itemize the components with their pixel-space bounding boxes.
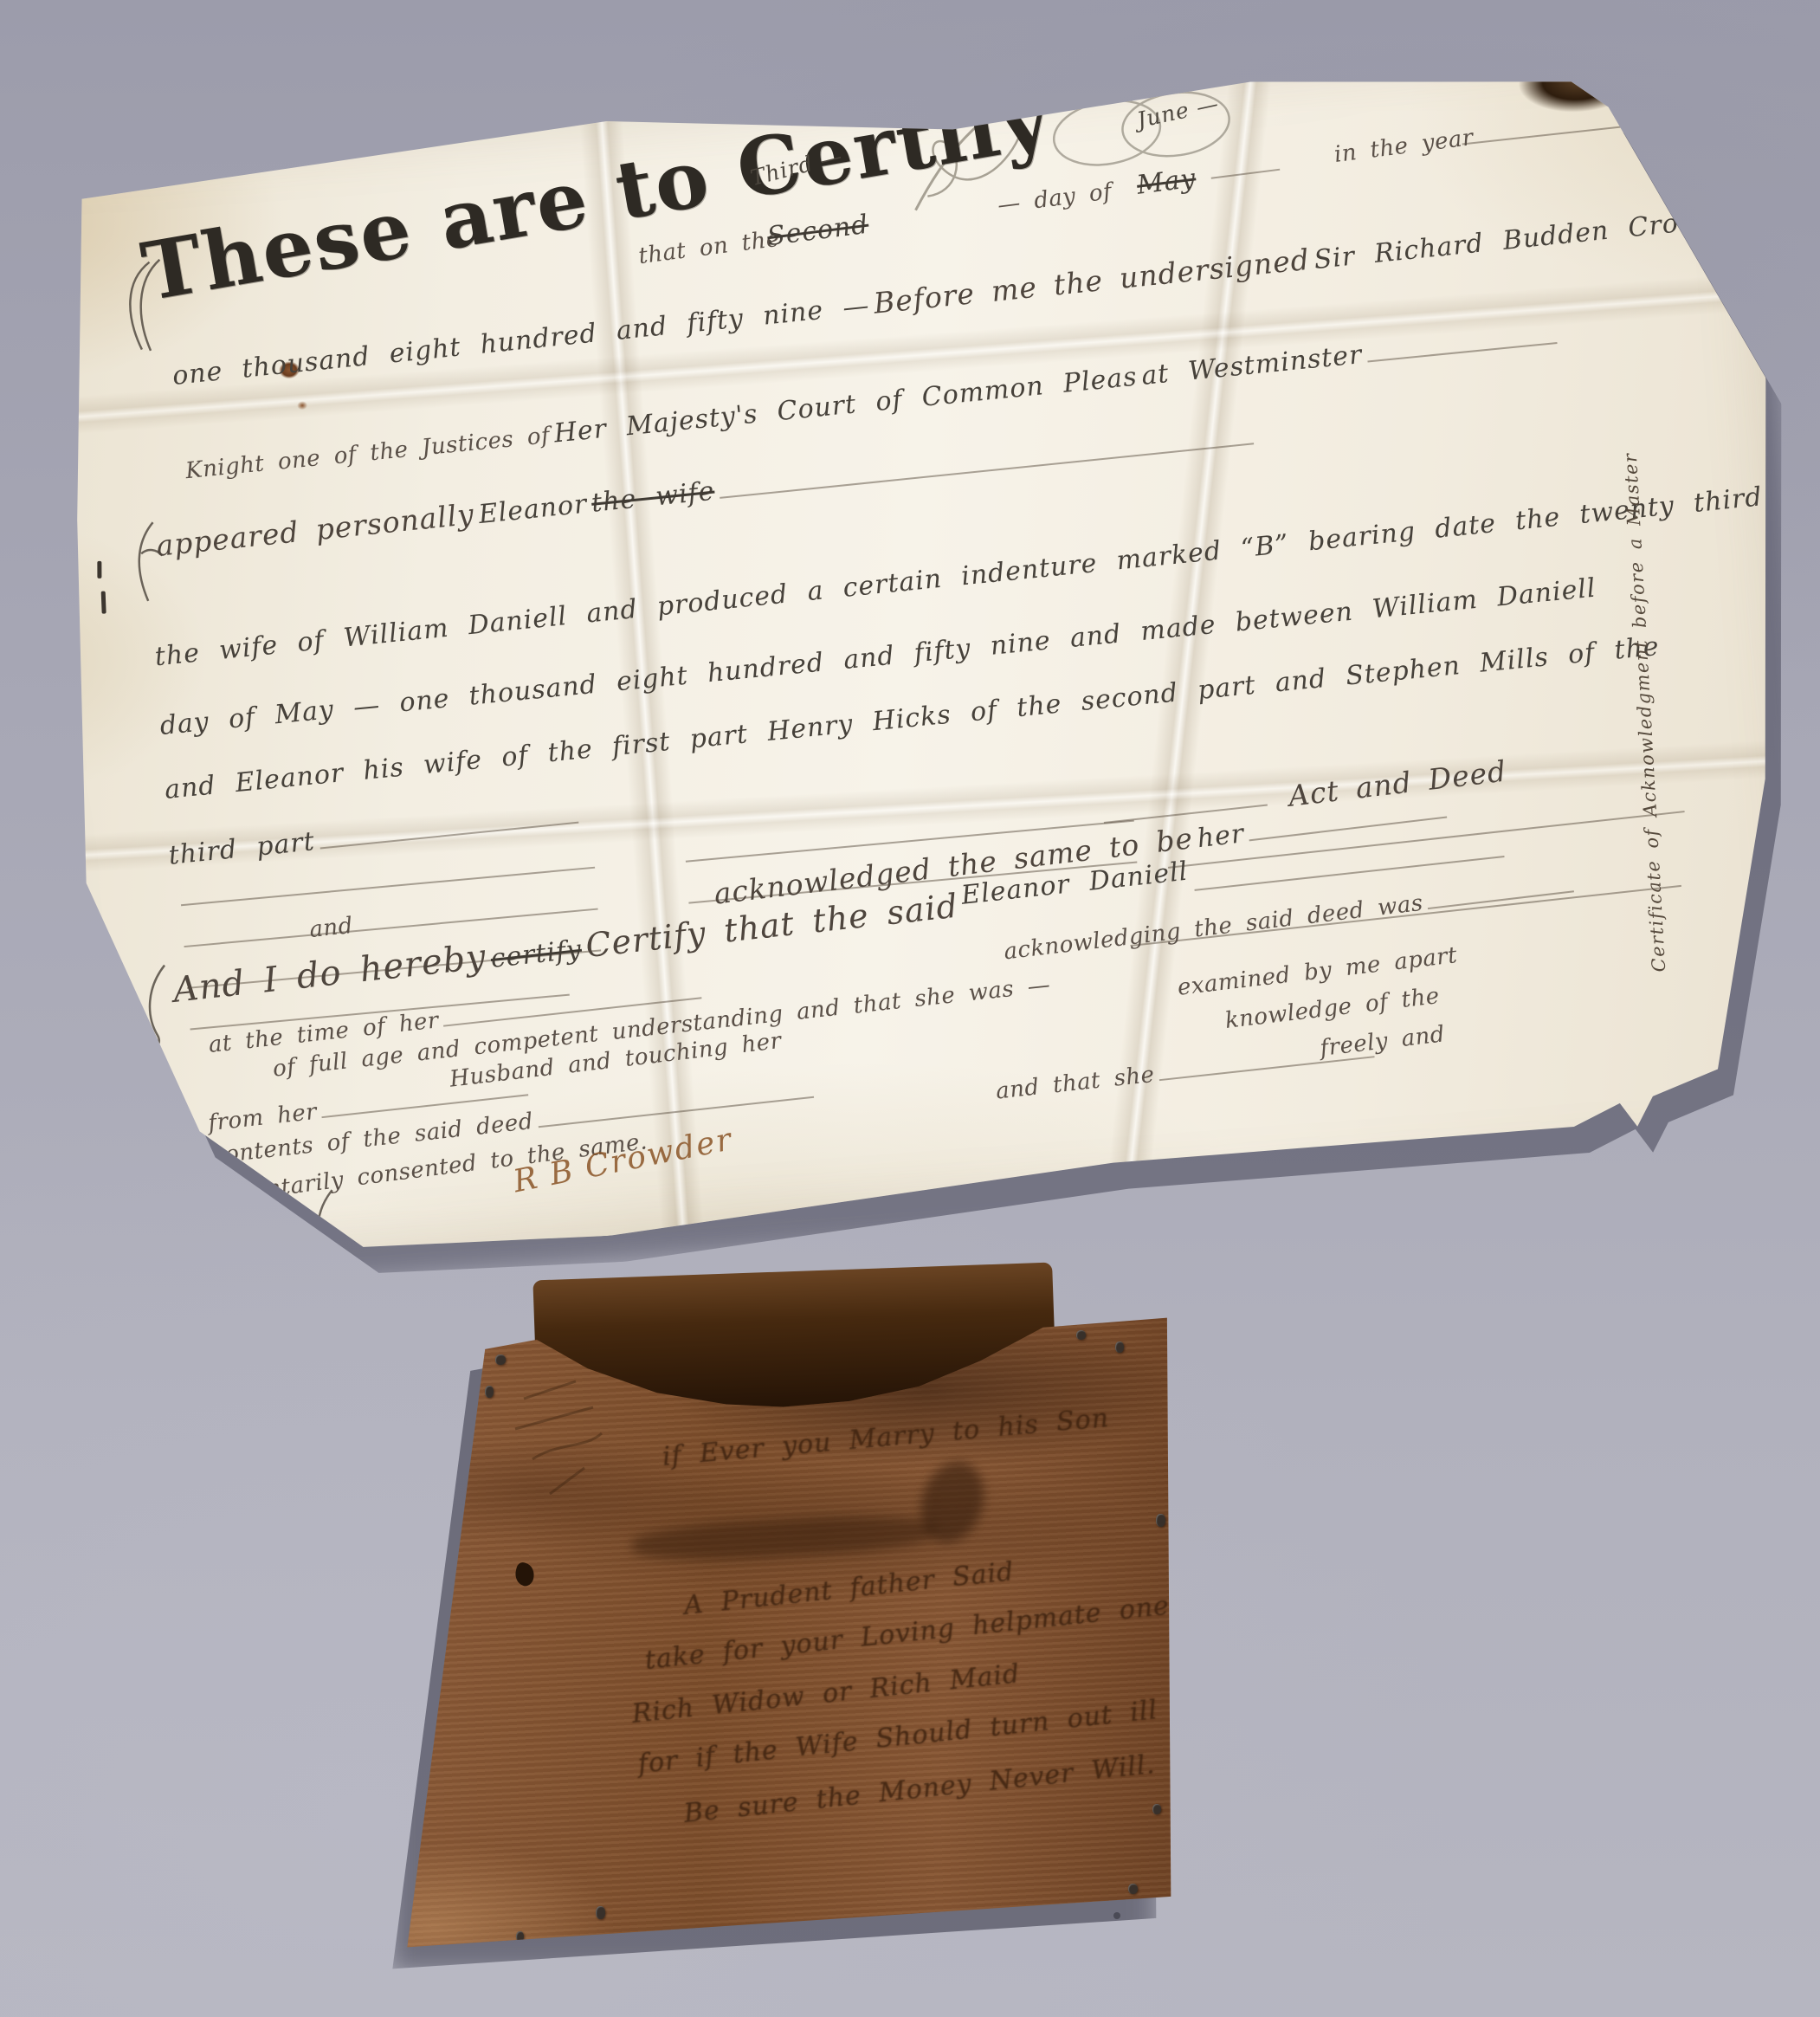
nail [485,1386,494,1398]
rule-line [718,429,1254,499]
form-text: that on the [637,226,782,269]
nail [1152,1804,1161,1814]
rule-line [1462,121,1669,145]
nail [1115,1341,1124,1353]
corner-stain [1516,45,1642,116]
form-text: Knight one of the Justices of [184,423,552,484]
background-speck [1113,1912,1120,1919]
struck-entry: the wife [590,476,716,519]
entry-judge-name: Sir Richard Budden Crowder [1313,201,1750,275]
form-text: in the year [1333,125,1475,168]
parchment-document: These are to Certify that on the Second … [0,32,1820,1275]
wooden-panel: if Ever you Marry to his Son A Prudent f… [403,1312,1173,1953]
entry-her: her [1196,818,1246,854]
nail [495,1354,506,1365]
nail [1128,1884,1138,1894]
struck-entry-day: Second [765,210,870,252]
form-text: from her [207,1099,319,1136]
rule-line [181,867,595,906]
rule-line [1426,876,1574,910]
struck-entry: certify [489,934,584,974]
nail [596,1906,605,1919]
margin-mark [101,592,106,614]
wood-verse-line: if Ever you Marry to his Son [661,1403,1110,1472]
form-text: And I do hereby [171,937,488,1011]
form-and: and [308,913,354,943]
knot-hole [513,1561,537,1588]
form-text: freely and [1319,1021,1446,1062]
nail [1076,1330,1086,1340]
form-text: appeared personally [155,497,476,563]
photo-scene: These are to Certify that on the Second … [0,0,1820,2017]
entry-appearer: Eleanor [477,489,589,531]
margin-mark [97,561,101,579]
nail [1156,1514,1165,1527]
